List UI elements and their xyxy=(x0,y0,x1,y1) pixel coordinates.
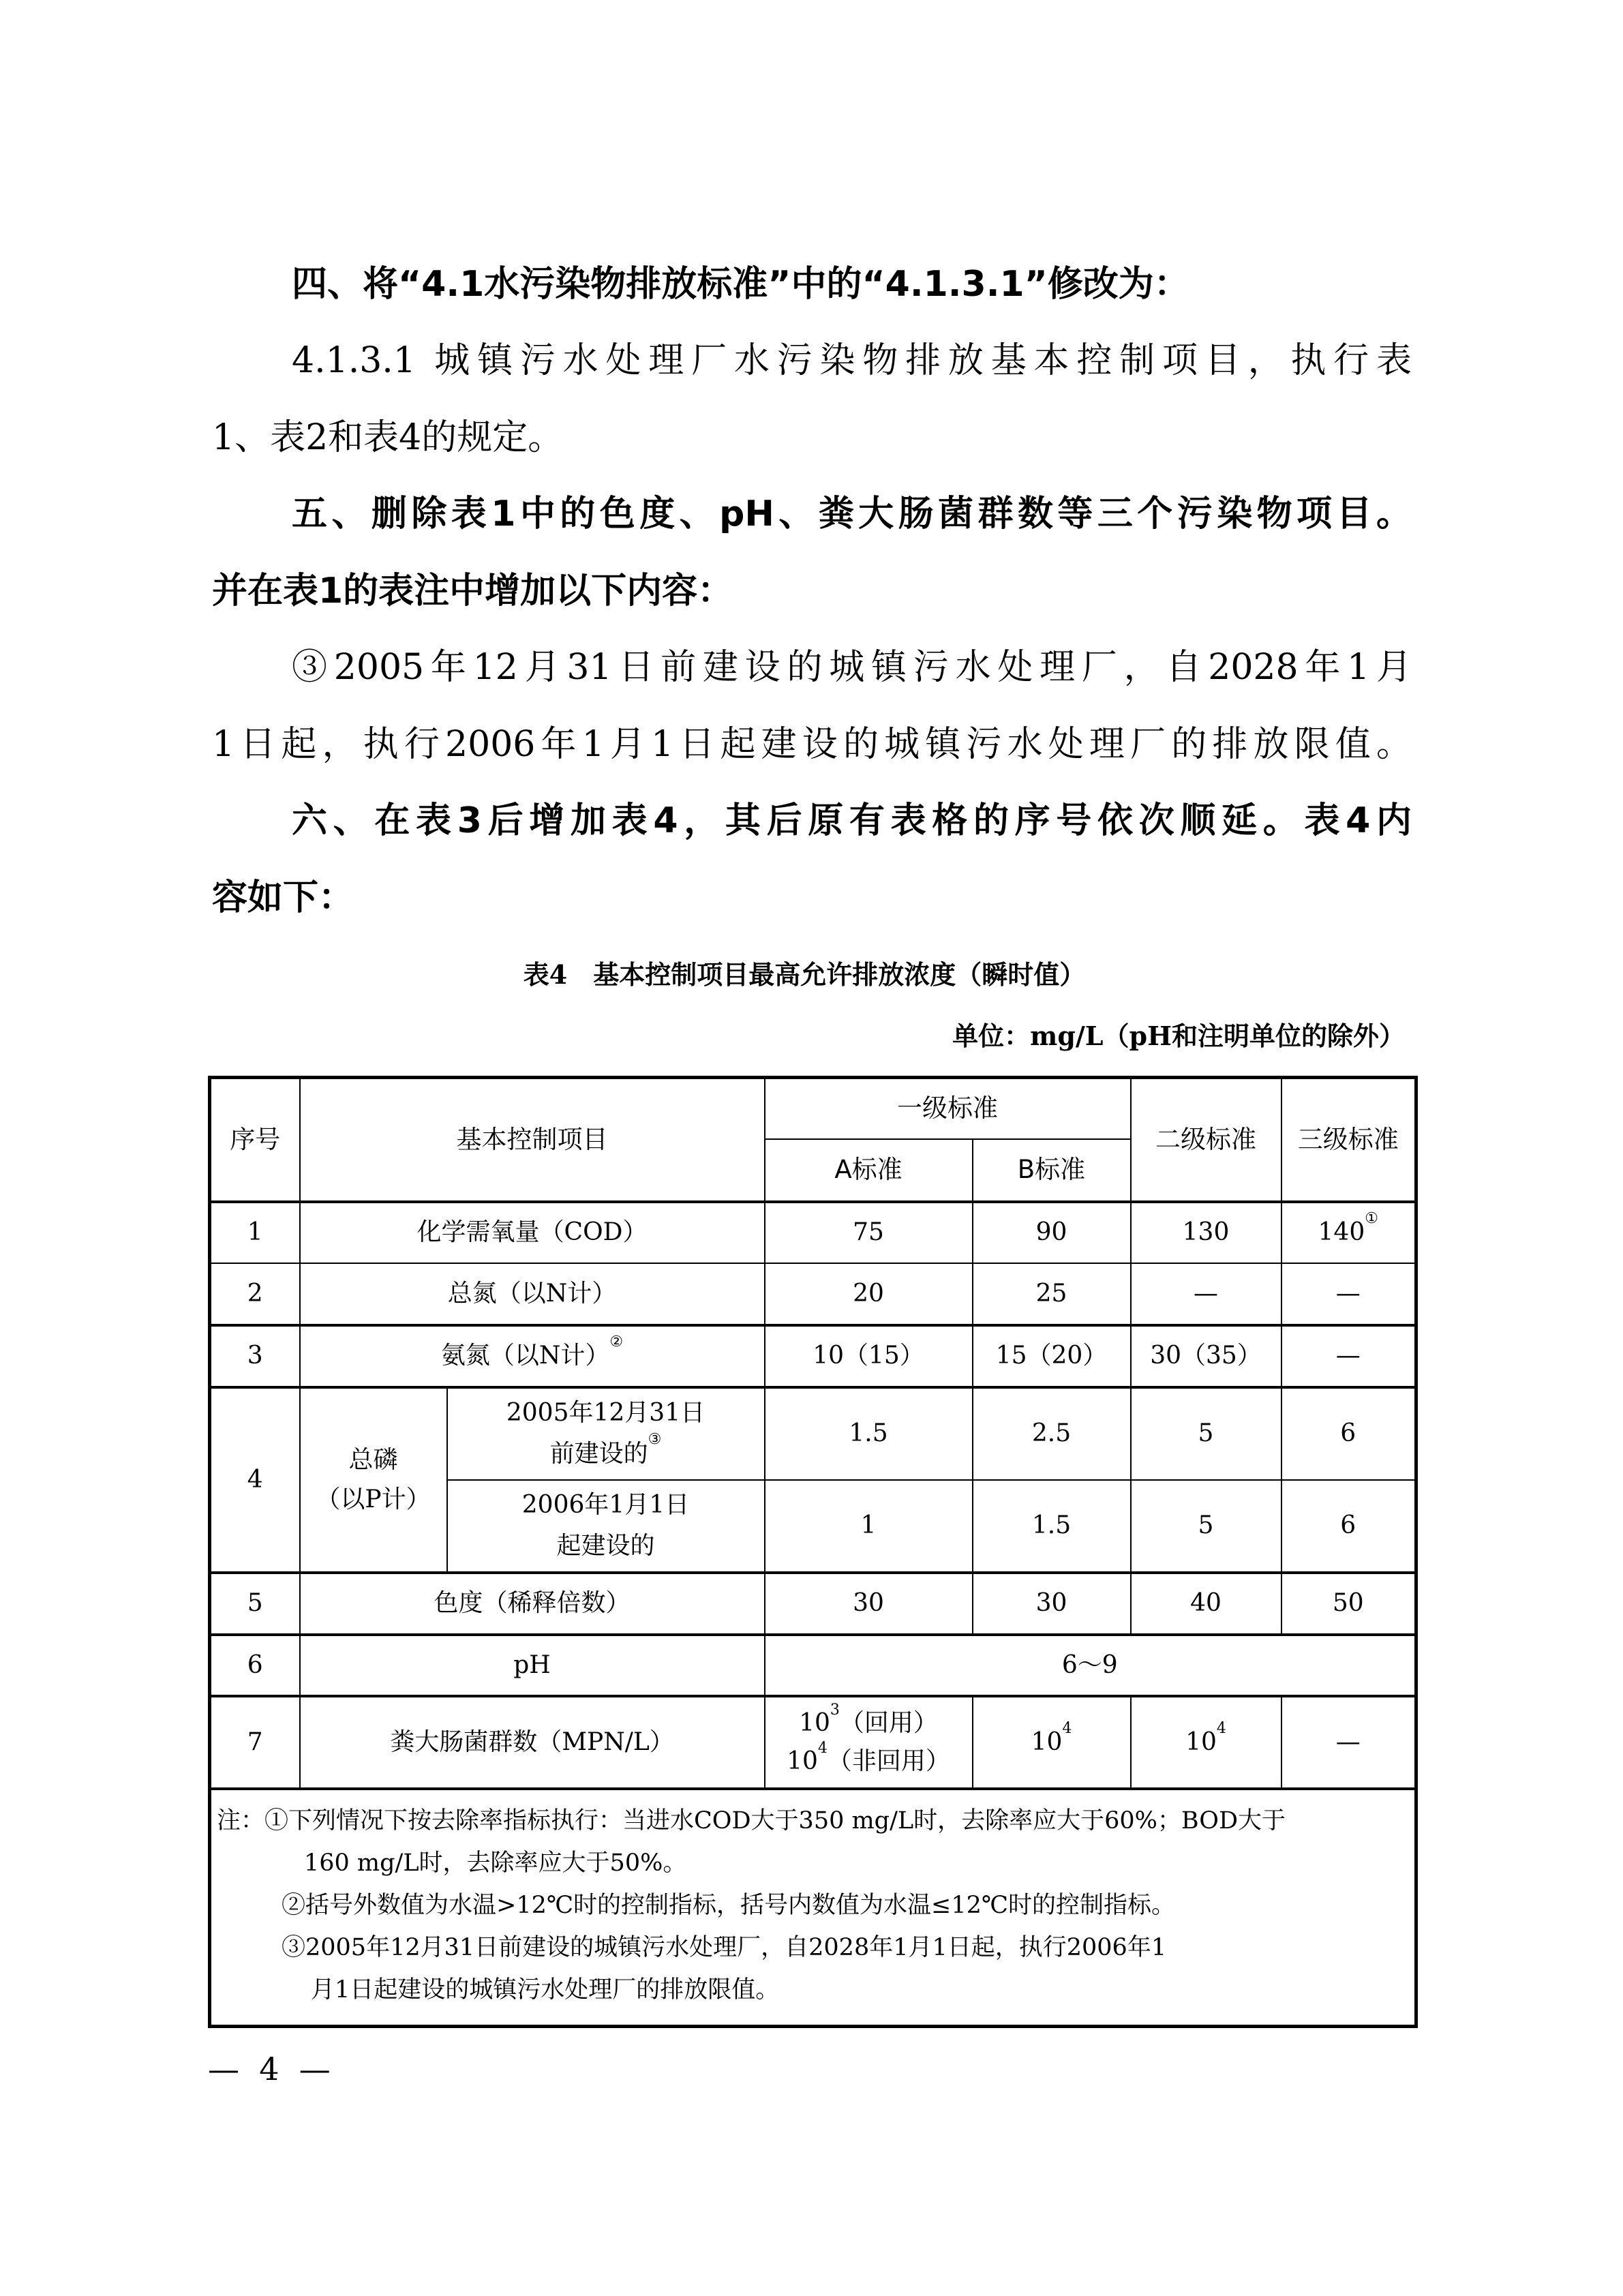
footnote-ref-3: ③ xyxy=(648,1431,662,1448)
cell-a: 10（15） xyxy=(765,1325,973,1387)
section-five-heading-line2: 并在表1的表注中增加以下内容： xyxy=(212,553,1412,629)
cell-grade2: — xyxy=(1131,1263,1281,1325)
cell-grade3: 6 xyxy=(1281,1480,1416,1573)
cell-a: 1.5 xyxy=(765,1387,973,1480)
cell-merged-value: 6～9 xyxy=(765,1635,1416,1696)
cell-grade3: 140① xyxy=(1281,1202,1416,1263)
section-five-heading-line1: 五、删除表1中的色度、pH、粪大肠菌群数等三个污染物项目。 xyxy=(292,476,1412,552)
exponent: 4 xyxy=(1062,1720,1072,1737)
table-row: 4 总磷 （以P计） 2005年12月31日 前建设的③ 1.5 2.5 5 6 xyxy=(210,1387,1416,1480)
standards-table: 序号 基本控制项目 一级标准 二级标准 三级标准 A标准 B标准 1 化学需氧量… xyxy=(208,1076,1418,2028)
header-item: 基本控制项目 xyxy=(300,1078,765,1202)
header-grade1: 一级标准 xyxy=(765,1078,1131,1139)
cell-grade2: 40 xyxy=(1131,1573,1281,1635)
cell-item: 化学需氧量（COD） xyxy=(300,1202,765,1263)
header-row-1: 序号 基本控制项目 一级标准 二级标准 三级标准 xyxy=(210,1078,1416,1139)
cell-seq: 3 xyxy=(210,1325,300,1387)
cell-grade2: 104 xyxy=(1131,1696,1281,1789)
table-unit: 单位：mg/L（pH和注明单位的除外） xyxy=(952,1016,1405,1057)
table-notes: 注：①下列情况下按去除率指标执行：当进水COD大于350 mg/L时，去除率应大… xyxy=(210,1789,1416,2027)
table-row: 5 色度（稀释倍数） 30 30 40 50 xyxy=(210,1573,1416,1635)
cell-item: pH xyxy=(300,1635,765,1696)
cell-a: 103（回用） 104（非回用） xyxy=(765,1696,973,1789)
cell-b: 25 xyxy=(973,1263,1131,1325)
cell-a: 20 xyxy=(765,1263,973,1325)
cell-b: 1.5 xyxy=(973,1480,1131,1573)
footnote-ref-1: ① xyxy=(1365,1210,1378,1227)
header-grade1-b: B标准 xyxy=(973,1139,1131,1202)
cell-seq: 1 xyxy=(210,1202,300,1263)
cell-item: 色度（稀释倍数） xyxy=(300,1573,765,1635)
note-1-line1: 注：①下列情况下按去除率指标执行：当进水COD大于350 mg/L时，去除率应大… xyxy=(217,1800,1409,1842)
page-number: — 4 — xyxy=(208,2049,331,2089)
subitem-line1: 2006年1月1日 xyxy=(448,1485,764,1526)
note-three-added-line1: ③2005年12月31日前建设的城镇污水处理厂，自2028年1月 xyxy=(292,629,1412,706)
subitem-line2: 起建设的 xyxy=(448,1526,764,1567)
cell-b: 2.5 xyxy=(973,1387,1131,1480)
exponent: 4 xyxy=(1217,1720,1226,1737)
table-row: 3 氨氮（以N计）② 10（15） 15（20） 30（35） — xyxy=(210,1325,1416,1387)
note-1-line2: 160 mg/L时，去除率应大于50%。 xyxy=(217,1842,1409,1884)
cell-a: 1 xyxy=(765,1480,973,1573)
exponent: 4 xyxy=(818,1740,828,1757)
table-row: 1 化学需氧量（COD） 75 90 130 140① xyxy=(210,1202,1416,1263)
cell-b: 104 xyxy=(973,1696,1131,1789)
clause-4-1-3-1-line1: 4.1.3.1 城镇污水处理厂水污染物排放基本控制项目，执行表 xyxy=(292,322,1412,399)
cell-seq: 4 xyxy=(210,1387,300,1573)
cell-seq: 6 xyxy=(210,1635,300,1696)
cell-grade3: — xyxy=(1281,1325,1416,1387)
section-six-heading-line1: 六、在表3后增加表4，其后原有表格的序号依次顺延。表4内 xyxy=(292,783,1412,859)
cell-seq: 2 xyxy=(210,1263,300,1325)
table-row: 7 粪大肠菌群数（MPN/L） 103（回用） 104（非回用） 104 104… xyxy=(210,1696,1416,1789)
cell-grade2: 130 xyxy=(1131,1202,1281,1263)
note-2: ②括号外数值为水温>12℃时的控制指标，括号内数值为水温≤12℃时的控制指标。 xyxy=(217,1884,1409,1927)
cell-b: 30 xyxy=(973,1573,1131,1635)
cell-b: 15（20） xyxy=(973,1325,1131,1387)
section-four-heading: 四、将“4.1水污染物排放标准”中的“4.1.3.1”修改为： xyxy=(292,246,1412,322)
cell-item: 粪大肠菌群数（MPN/L） xyxy=(300,1696,765,1789)
cell-subitem: 2006年1月1日 起建设的 xyxy=(447,1480,765,1573)
cell-seq: 7 xyxy=(210,1696,300,1789)
note-3-line1: ③2005年12月31日前建设的城镇污水处理厂，自2028年1月1日起，执行20… xyxy=(217,1927,1409,1969)
clause-4-1-3-1-line2: 1、表2和表4的规定。 xyxy=(212,399,1412,476)
table-title: 表4 基本控制项目最高允许排放浓度（瞬时值） xyxy=(409,954,1200,995)
item-group-line1: 总磷 xyxy=(301,1440,446,1480)
header-grade2: 二级标准 xyxy=(1131,1078,1281,1202)
cell-a: 30 xyxy=(765,1573,973,1635)
cell-a: 75 xyxy=(765,1202,973,1263)
table-row: 2 总氮（以N计） 20 25 — — xyxy=(210,1263,1416,1325)
cell-b: 90 xyxy=(973,1202,1131,1263)
cell-item-group: 总磷 （以P计） xyxy=(300,1387,447,1573)
note-3-line2: 月1日起建设的城镇污水处理厂的排放限值。 xyxy=(217,1969,1409,2011)
cell-grade2: 5 xyxy=(1131,1480,1281,1573)
section-six-heading-line2: 容如下： xyxy=(212,860,1412,936)
header-grade1-a: A标准 xyxy=(765,1139,973,1202)
exponent: 3 xyxy=(830,1702,840,1719)
cell-grade3: — xyxy=(1281,1263,1416,1325)
item-group-line2: （以P计） xyxy=(301,1480,446,1520)
cell-item: 总氮（以N计） xyxy=(300,1263,765,1325)
footnote-ref-2: ② xyxy=(609,1333,623,1350)
cell-grade3: — xyxy=(1281,1696,1416,1789)
cell-grade2: 5 xyxy=(1131,1387,1281,1480)
cell-item: 氨氮（以N计）② xyxy=(300,1325,765,1387)
subitem-line2: 前建设的③ xyxy=(448,1434,764,1475)
subitem-line1: 2005年12月31日 xyxy=(448,1393,764,1434)
notes-row: 注：①下列情况下按去除率指标执行：当进水COD大于350 mg/L时，去除率应大… xyxy=(210,1789,1416,2027)
cell-grade2: 30（35） xyxy=(1131,1325,1281,1387)
note-three-added-line2: 1日起，执行2006年1月1日起建设的城镇污水处理厂的排放限值。 xyxy=(212,706,1412,783)
table-row: 6 pH 6～9 xyxy=(210,1635,1416,1696)
header-seq: 序号 xyxy=(210,1078,300,1202)
cell-grade3: 50 xyxy=(1281,1573,1416,1635)
header-grade3: 三级标准 xyxy=(1281,1078,1416,1202)
value-non-reuse: 104（非回用） xyxy=(765,1742,972,1781)
cell-grade3: 6 xyxy=(1281,1387,1416,1480)
cell-subitem: 2005年12月31日 前建设的③ xyxy=(447,1387,765,1480)
value-reuse: 103（回用） xyxy=(765,1704,972,1742)
cell-seq: 5 xyxy=(210,1573,300,1635)
